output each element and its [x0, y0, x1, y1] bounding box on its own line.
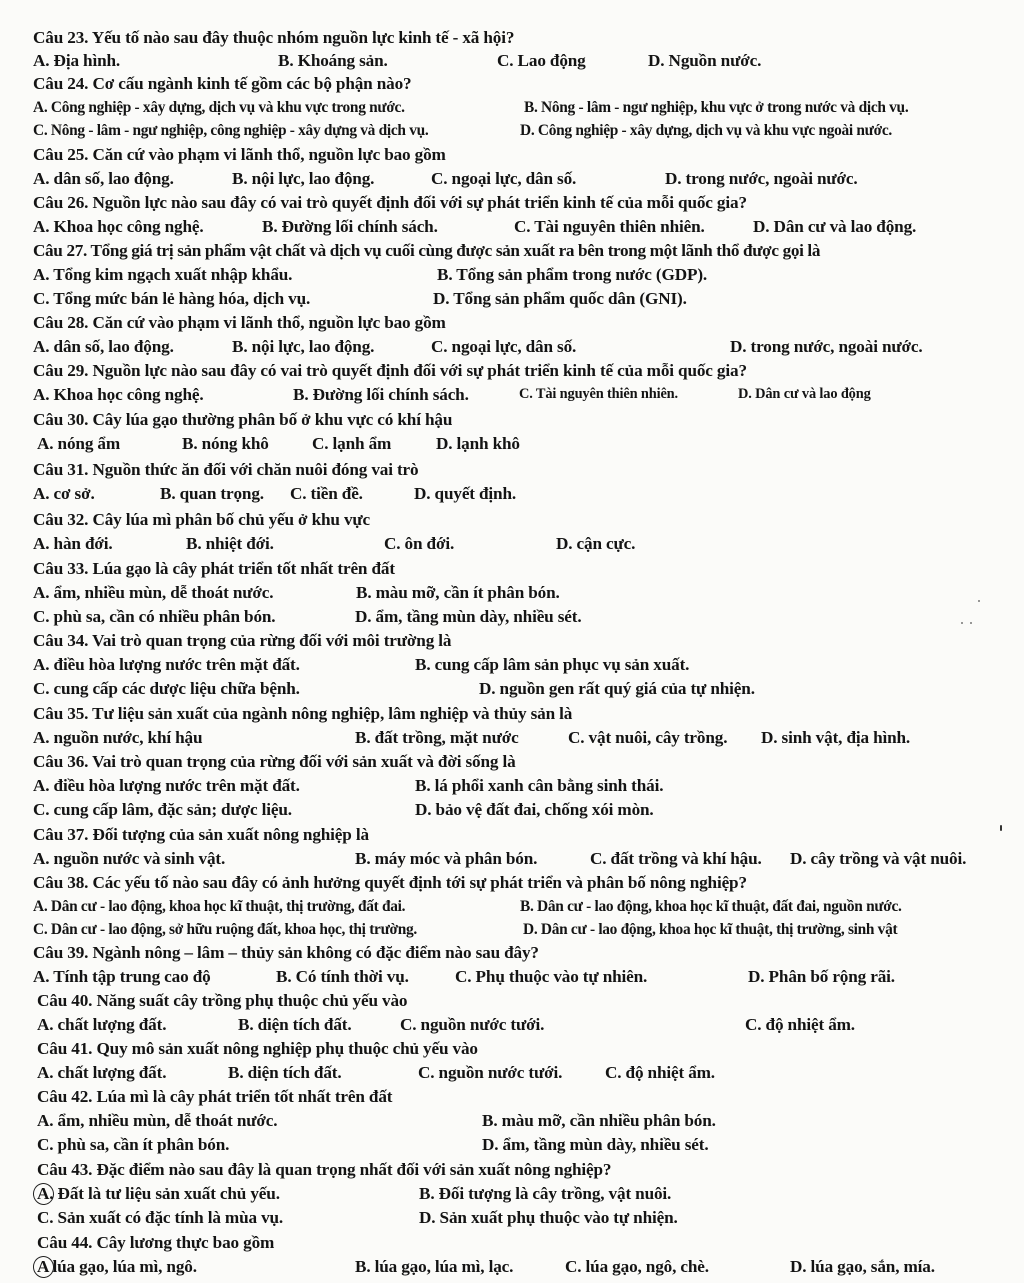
- question-35-text: Câu 35. Tư liệu sản xuất của ngành nông …: [33, 702, 572, 725]
- option-b: B. máy móc và phân bón.: [355, 847, 537, 870]
- question-31: Câu 31. Nguồn thức ăn đối với chăn nuôi …: [0, 458, 1024, 481]
- question-26-text: Câu 26. Nguồn lực nào sau đây có vai trò…: [33, 191, 747, 214]
- question-25-text: Câu 25. Căn cứ vào phạm vi lãnh thổ, ngu…: [33, 143, 446, 166]
- option-a: A. Tính tập trung cao độ: [33, 965, 211, 988]
- question-25-options: A. dân số, lao động. B. nội lực, lao độn…: [0, 167, 1024, 190]
- option-a: A. hàn đới.: [33, 532, 113, 555]
- question-33-options-row2: C. phù sa, cần có nhiều phân bón. D. ẩm,…: [0, 605, 1024, 628]
- option-a: A. nguồn nước và sinh vật.: [33, 847, 225, 870]
- option-c: C. Tài nguyên thiên nhiên.: [514, 215, 705, 238]
- option-d: D. sinh vật, địa hình.: [761, 726, 910, 749]
- option-c: C. lúa gạo, ngô, chè.: [565, 1255, 709, 1278]
- question-43-options-row1: A. Đất là tư liệu sản xuất chủ yếu. B. Đ…: [0, 1182, 1024, 1205]
- question-29: Câu 29. Nguồn lực nào sau đây có vai trò…: [0, 359, 1024, 382]
- option-b: B. màu mỡ, cần nhiều phân bón.: [482, 1109, 716, 1132]
- option-a-circled: A lúa gạo, lúa mì, ngô.: [37, 1255, 197, 1278]
- option-a: A. dân số, lao động.: [33, 335, 174, 358]
- option-d: D. ẩm, tầng mùn dày, nhiều sét.: [482, 1133, 708, 1156]
- option-b: B. Tổng sản phẩm trong nước (GDP).: [437, 263, 707, 286]
- option-a: A. Công nghiệp - xây dựng, dịch vụ và kh…: [33, 96, 405, 119]
- option-a: A. Địa hình.: [33, 49, 120, 72]
- question-38-text: Câu 38. Các yếu tố nào sau đây có ảnh hư…: [33, 871, 747, 894]
- option-b: B. lúa gạo, lúa mì, lạc.: [355, 1255, 513, 1278]
- exam-page: Câu 23. Yếu tố nào sau đây thuộc nhóm ng…: [0, 0, 1024, 1283]
- option-c: C. ngoại lực, dân số.: [431, 167, 576, 190]
- option-c: C. nguồn nước tưới.: [418, 1061, 562, 1084]
- option-d: D. trong nước, ngoài nước.: [730, 335, 923, 358]
- question-34: Câu 34. Vai trò quan trọng của rừng đối …: [0, 629, 1024, 652]
- option-a: A. Khoa học công nghệ.: [33, 383, 204, 406]
- option-d: D. ẩm, tầng mùn dày, nhiều sét.: [355, 605, 581, 628]
- question-31-options: A. cơ sở. B. quan trọng. C. tiền đề. D. …: [0, 482, 1024, 505]
- option-c: C. Dân cư - lao động, sở hữu ruộng đất, …: [33, 918, 417, 941]
- question-36-options-row1: A. điều hòa lượng nước trên mặt đất. B. …: [0, 774, 1024, 797]
- question-29-options: A. Khoa học công nghệ. B. Đường lối chín…: [0, 383, 1024, 406]
- question-35-options: A. nguồn nước, khí hậu B. đất trồng, mặt…: [0, 726, 1024, 749]
- question-24-options-row2: C. Nông - lâm - ngư nghiệp, công nghiệp …: [0, 119, 1024, 142]
- option-d: D. Công nghiệp - xây dựng, dịch vụ và kh…: [520, 119, 892, 142]
- question-23-options: A. Địa hình. B. Khoáng sản. C. Lao động …: [0, 49, 1024, 72]
- option-d: D. Dân cư - lao động, khoa học kĩ thuật,…: [523, 918, 897, 941]
- question-24-options-row1: A. Công nghiệp - xây dựng, dịch vụ và kh…: [0, 96, 1024, 119]
- question-36: Câu 36. Vai trò quan trọng của rừng đối …: [0, 750, 1024, 773]
- option-d: D. trong nước, ngoài nước.: [665, 167, 858, 190]
- option-a: A. chất lượng đất.: [37, 1013, 166, 1036]
- option-d: D. Tổng sản phẩm quốc dân (GNI).: [433, 287, 687, 310]
- question-24: Câu 24. Cơ cấu ngành kinh tế gồm các bộ …: [0, 72, 1024, 95]
- option-c: C. Phụ thuộc vào tự nhiên.: [455, 965, 647, 988]
- option-c: C. nguồn nước tưới.: [400, 1013, 544, 1036]
- option-a-circled: A. Đất là tư liệu sản xuất chủ yếu.: [37, 1182, 280, 1205]
- option-d: D. cận cực.: [556, 532, 635, 555]
- option-c: C. Tài nguyên thiên nhiên.: [519, 383, 678, 406]
- question-34-text: Câu 34. Vai trò quan trọng của rừng đối …: [33, 629, 451, 652]
- option-a: A. Tổng kim ngạch xuất nhập khẩu.: [33, 263, 292, 286]
- option-a: A. ẩm, nhiều mùn, dễ thoát nước.: [33, 581, 273, 604]
- question-39-text: Câu 39. Ngành nông – lâm – thủy sản khôn…: [33, 941, 539, 964]
- option-a: A. điều hòa lượng nước trên mặt đất.: [33, 774, 300, 797]
- option-c: C. Sản xuất có đặc tính là mùa vụ.: [37, 1206, 283, 1229]
- question-27: Câu 27. Tổng giá trị sản phẩm vật chất v…: [0, 239, 1024, 262]
- question-30-text: Câu 30. Cây lúa gạo thường phân bố ở khu…: [33, 408, 452, 431]
- option-a: A. ẩm, nhiều mùn, dễ thoát nước.: [37, 1109, 277, 1132]
- option-c: C. lạnh ẩm: [312, 432, 391, 455]
- question-38: Câu 38. Các yếu tố nào sau đây có ảnh hư…: [0, 871, 1024, 894]
- option-b: B. Đường lối chính sách.: [262, 215, 438, 238]
- question-39: Câu 39. Ngành nông – lâm – thủy sản khôn…: [0, 941, 1024, 964]
- scan-speck: [970, 622, 972, 624]
- question-28-text: Câu 28. Căn cứ vào phạm vi lãnh thổ, ngu…: [33, 311, 446, 334]
- option-b: B. quan trọng.: [160, 482, 264, 505]
- option-d: D. lúa gạo, sắn, mía.: [790, 1255, 935, 1278]
- option-b: B. cung cấp lâm sản phục vụ sản xuất.: [415, 653, 689, 676]
- option-b: B. Đường lối chính sách.: [293, 383, 469, 406]
- question-32-text: Câu 32. Cây lúa mì phân bố chủ yếu ở khu…: [33, 508, 370, 531]
- question-34-options-row2: C. cung cấp các dược liệu chữa bệnh. D. …: [0, 677, 1024, 700]
- option-b: B. lá phổi xanh cân bằng sinh thái.: [415, 774, 663, 797]
- question-36-options-row2: C. cung cấp lâm, đặc sản; dược liệu. D. …: [0, 798, 1024, 821]
- scan-speck: [961, 622, 963, 624]
- option-d: D. lạnh khô: [436, 432, 520, 455]
- option-b: B. Dân cư - lao động, khoa học kĩ thuật,…: [520, 895, 902, 918]
- option-d: C. độ nhiệt ẩm.: [605, 1061, 715, 1084]
- scan-speck: [978, 600, 980, 602]
- option-b: B. nội lực, lao động.: [232, 335, 374, 358]
- question-31-text: Câu 31. Nguồn thức ăn đối với chăn nuôi …: [33, 458, 418, 481]
- question-32-options: A. hàn đới. B. nhiệt đới. C. ôn đới. D. …: [0, 532, 1024, 555]
- option-d: D. Dân cư và lao động.: [753, 215, 916, 238]
- question-25: Câu 25. Căn cứ vào phạm vi lãnh thổ, ngu…: [0, 143, 1024, 166]
- option-c: C. cung cấp lâm, đặc sản; dược liệu.: [33, 798, 292, 821]
- question-43-options-row2: C. Sản xuất có đặc tính là mùa vụ. D. Sả…: [0, 1206, 1024, 1229]
- option-b: B. Nông - lâm - ngư nghiệp, khu vực ở tr…: [524, 96, 908, 119]
- option-c: C. phù sa, cần có nhiều phân bón.: [33, 605, 275, 628]
- option-d: D. cây trồng và vật nuôi.: [790, 847, 966, 870]
- question-41-options: A. chất lượng đất. B. diện tích đất. C. …: [0, 1061, 1024, 1084]
- question-33-text: Câu 33. Lúa gạo là cây phát triển tốt nh…: [33, 557, 395, 580]
- question-26-options: A. Khoa học công nghệ. B. Đường lối chín…: [0, 215, 1024, 238]
- question-43-text: Câu 43. Đặc điểm nào sau đây là quan trọ…: [37, 1158, 611, 1181]
- question-33: Câu 33. Lúa gạo là cây phát triển tốt nh…: [0, 557, 1024, 580]
- question-42: Câu 42. Lúa mì là cây phát triển tốt nhấ…: [0, 1085, 1024, 1108]
- option-a: A. Khoa học công nghệ.: [33, 215, 204, 238]
- option-a: A. Dân cư - lao động, khoa học kĩ thuật,…: [33, 895, 405, 918]
- option-a: A. điều hòa lượng nước trên mặt đất.: [33, 653, 300, 676]
- option-c: C. Nông - lâm - ngư nghiệp, công nghiệp …: [33, 119, 428, 142]
- question-32: Câu 32. Cây lúa mì phân bố chủ yếu ở khu…: [0, 508, 1024, 531]
- question-39-options: A. Tính tập trung cao độ B. Có tính thời…: [0, 965, 1024, 988]
- option-a: A. dân số, lao động.: [33, 167, 174, 190]
- question-37-options: A. nguồn nước và sinh vật. B. máy móc và…: [0, 847, 1024, 870]
- question-40-options: A. chất lượng đất. B. diện tích đất. C. …: [0, 1013, 1024, 1036]
- option-c: C. ôn đới.: [384, 532, 454, 555]
- option-b: B. màu mỡ, cần ít phân bón.: [356, 581, 560, 604]
- question-35: Câu 35. Tư liệu sản xuất của ngành nông …: [0, 702, 1024, 725]
- question-38-options-row1: A. Dân cư - lao động, khoa học kĩ thuật,…: [0, 895, 1024, 918]
- question-42-options-row2: C. phù sa, cần ít phân bón. D. ẩm, tầng …: [0, 1133, 1024, 1156]
- option-d: D. quyết định.: [414, 482, 516, 505]
- question-23: Câu 23. Yếu tố nào sau đây thuộc nhóm ng…: [0, 26, 1024, 49]
- option-b: B. nóng khô: [182, 432, 269, 455]
- question-28: Câu 28. Căn cứ vào phạm vi lãnh thổ, ngu…: [0, 311, 1024, 334]
- option-b: B. diện tích đất.: [228, 1061, 341, 1084]
- scan-speck: [1000, 825, 1002, 831]
- question-40: Câu 40. Năng suất cây trồng phụ thuộc ch…: [0, 989, 1024, 1012]
- option-a: A. nóng ẩm: [37, 432, 120, 455]
- option-b: B. Có tính thời vụ.: [276, 965, 409, 988]
- option-a: A. chất lượng đất.: [37, 1061, 166, 1084]
- question-26: Câu 26. Nguồn lực nào sau đây có vai trò…: [0, 191, 1024, 214]
- question-24-text: Câu 24. Cơ cấu ngành kinh tế gồm các bộ …: [33, 72, 411, 95]
- option-b: B. Khoáng sản.: [278, 49, 388, 72]
- question-38-options-row2: C. Dân cư - lao động, sở hữu ruộng đất, …: [0, 918, 1024, 941]
- question-42-text: Câu 42. Lúa mì là cây phát triển tốt nhấ…: [37, 1085, 392, 1108]
- question-42-options-row1: A. ẩm, nhiều mùn, dễ thoát nước. B. màu …: [0, 1109, 1024, 1132]
- question-41-text: Câu 41. Quy mô sản xuất nông nghiệp phụ …: [37, 1037, 478, 1060]
- option-b: B. đất trồng, mặt nước: [355, 726, 519, 749]
- option-d: C. độ nhiệt ẩm.: [745, 1013, 855, 1036]
- question-43: Câu 43. Đặc điểm nào sau đây là quan trọ…: [0, 1158, 1024, 1181]
- question-23-text: Câu 23. Yếu tố nào sau đây thuộc nhóm ng…: [33, 26, 514, 49]
- option-d: D. Phân bố rộng rãi.: [748, 965, 895, 988]
- question-41: Câu 41. Quy mô sản xuất nông nghiệp phụ …: [0, 1037, 1024, 1060]
- option-b: B. nhiệt đới.: [186, 532, 274, 555]
- question-28-options: A. dân số, lao động. B. nội lực, lao độn…: [0, 335, 1024, 358]
- option-c: C. Lao động: [497, 49, 586, 72]
- question-40-text: Câu 40. Năng suất cây trồng phụ thuộc ch…: [37, 989, 407, 1012]
- option-d: D. nguồn gen rất quý giá của tự nhiện.: [479, 677, 755, 700]
- option-c: C. đất trồng và khí hậu.: [590, 847, 762, 870]
- question-29-text: Câu 29. Nguồn lực nào sau đây có vai trò…: [33, 359, 747, 382]
- option-c: C. Tổng mức bán lẻ hàng hóa, dịch vụ.: [33, 287, 310, 310]
- option-c: C. cung cấp các dược liệu chữa bệnh.: [33, 677, 300, 700]
- option-d: D. Nguồn nước.: [648, 49, 761, 72]
- question-27-text: Câu 27. Tổng giá trị sản phẩm vật chất v…: [33, 239, 820, 262]
- question-34-options-row1: A. điều hòa lượng nước trên mặt đất. B. …: [0, 653, 1024, 676]
- question-37: Câu 37. Đối tượng của sản xuất nông nghi…: [0, 823, 1024, 846]
- option-c: C. phù sa, cần ít phân bón.: [37, 1133, 229, 1156]
- option-b: B. diện tích đất.: [238, 1013, 351, 1036]
- option-d: D. Sản xuất phụ thuộc vào tự nhiện.: [419, 1206, 678, 1229]
- question-36-text: Câu 36. Vai trò quan trọng của rừng đối …: [33, 750, 516, 773]
- question-27-options-row2: C. Tổng mức bán lẻ hàng hóa, dịch vụ. D.…: [0, 287, 1024, 310]
- question-44: Câu 44. Cây lương thực bao gồm: [0, 1231, 1024, 1254]
- option-c: C. vật nuôi, cây trồng.: [568, 726, 727, 749]
- question-37-text: Câu 37. Đối tượng của sản xuất nông nghi…: [33, 823, 369, 846]
- option-b: B. Đối tượng là cây trồng, vật nuôi.: [419, 1182, 671, 1205]
- question-44-text: Câu 44. Cây lương thực bao gồm: [37, 1231, 274, 1254]
- option-d: D. bảo vệ đất đai, chống xói mòn.: [415, 798, 654, 821]
- question-30-options: A. nóng ẩm B. nóng khô C. lạnh ẩm D. lạn…: [0, 432, 1024, 455]
- question-30: Câu 30. Cây lúa gạo thường phân bố ở khu…: [0, 408, 1024, 431]
- option-c: C. tiền đề.: [290, 482, 363, 505]
- option-d: D. Dân cư và lao động: [738, 383, 871, 406]
- option-a: A. cơ sở.: [33, 482, 95, 505]
- question-44-options: A lúa gạo, lúa mì, ngô. B. lúa gạo, lúa …: [0, 1255, 1024, 1278]
- option-c: C. ngoại lực, dân số.: [431, 335, 576, 358]
- option-a: A. nguồn nước, khí hậu: [33, 726, 202, 749]
- question-27-options-row1: A. Tổng kim ngạch xuất nhập khẩu. B. Tổn…: [0, 263, 1024, 286]
- question-33-options-row1: A. ẩm, nhiều mùn, dễ thoát nước. B. màu …: [0, 581, 1024, 604]
- option-b: B. nội lực, lao động.: [232, 167, 374, 190]
